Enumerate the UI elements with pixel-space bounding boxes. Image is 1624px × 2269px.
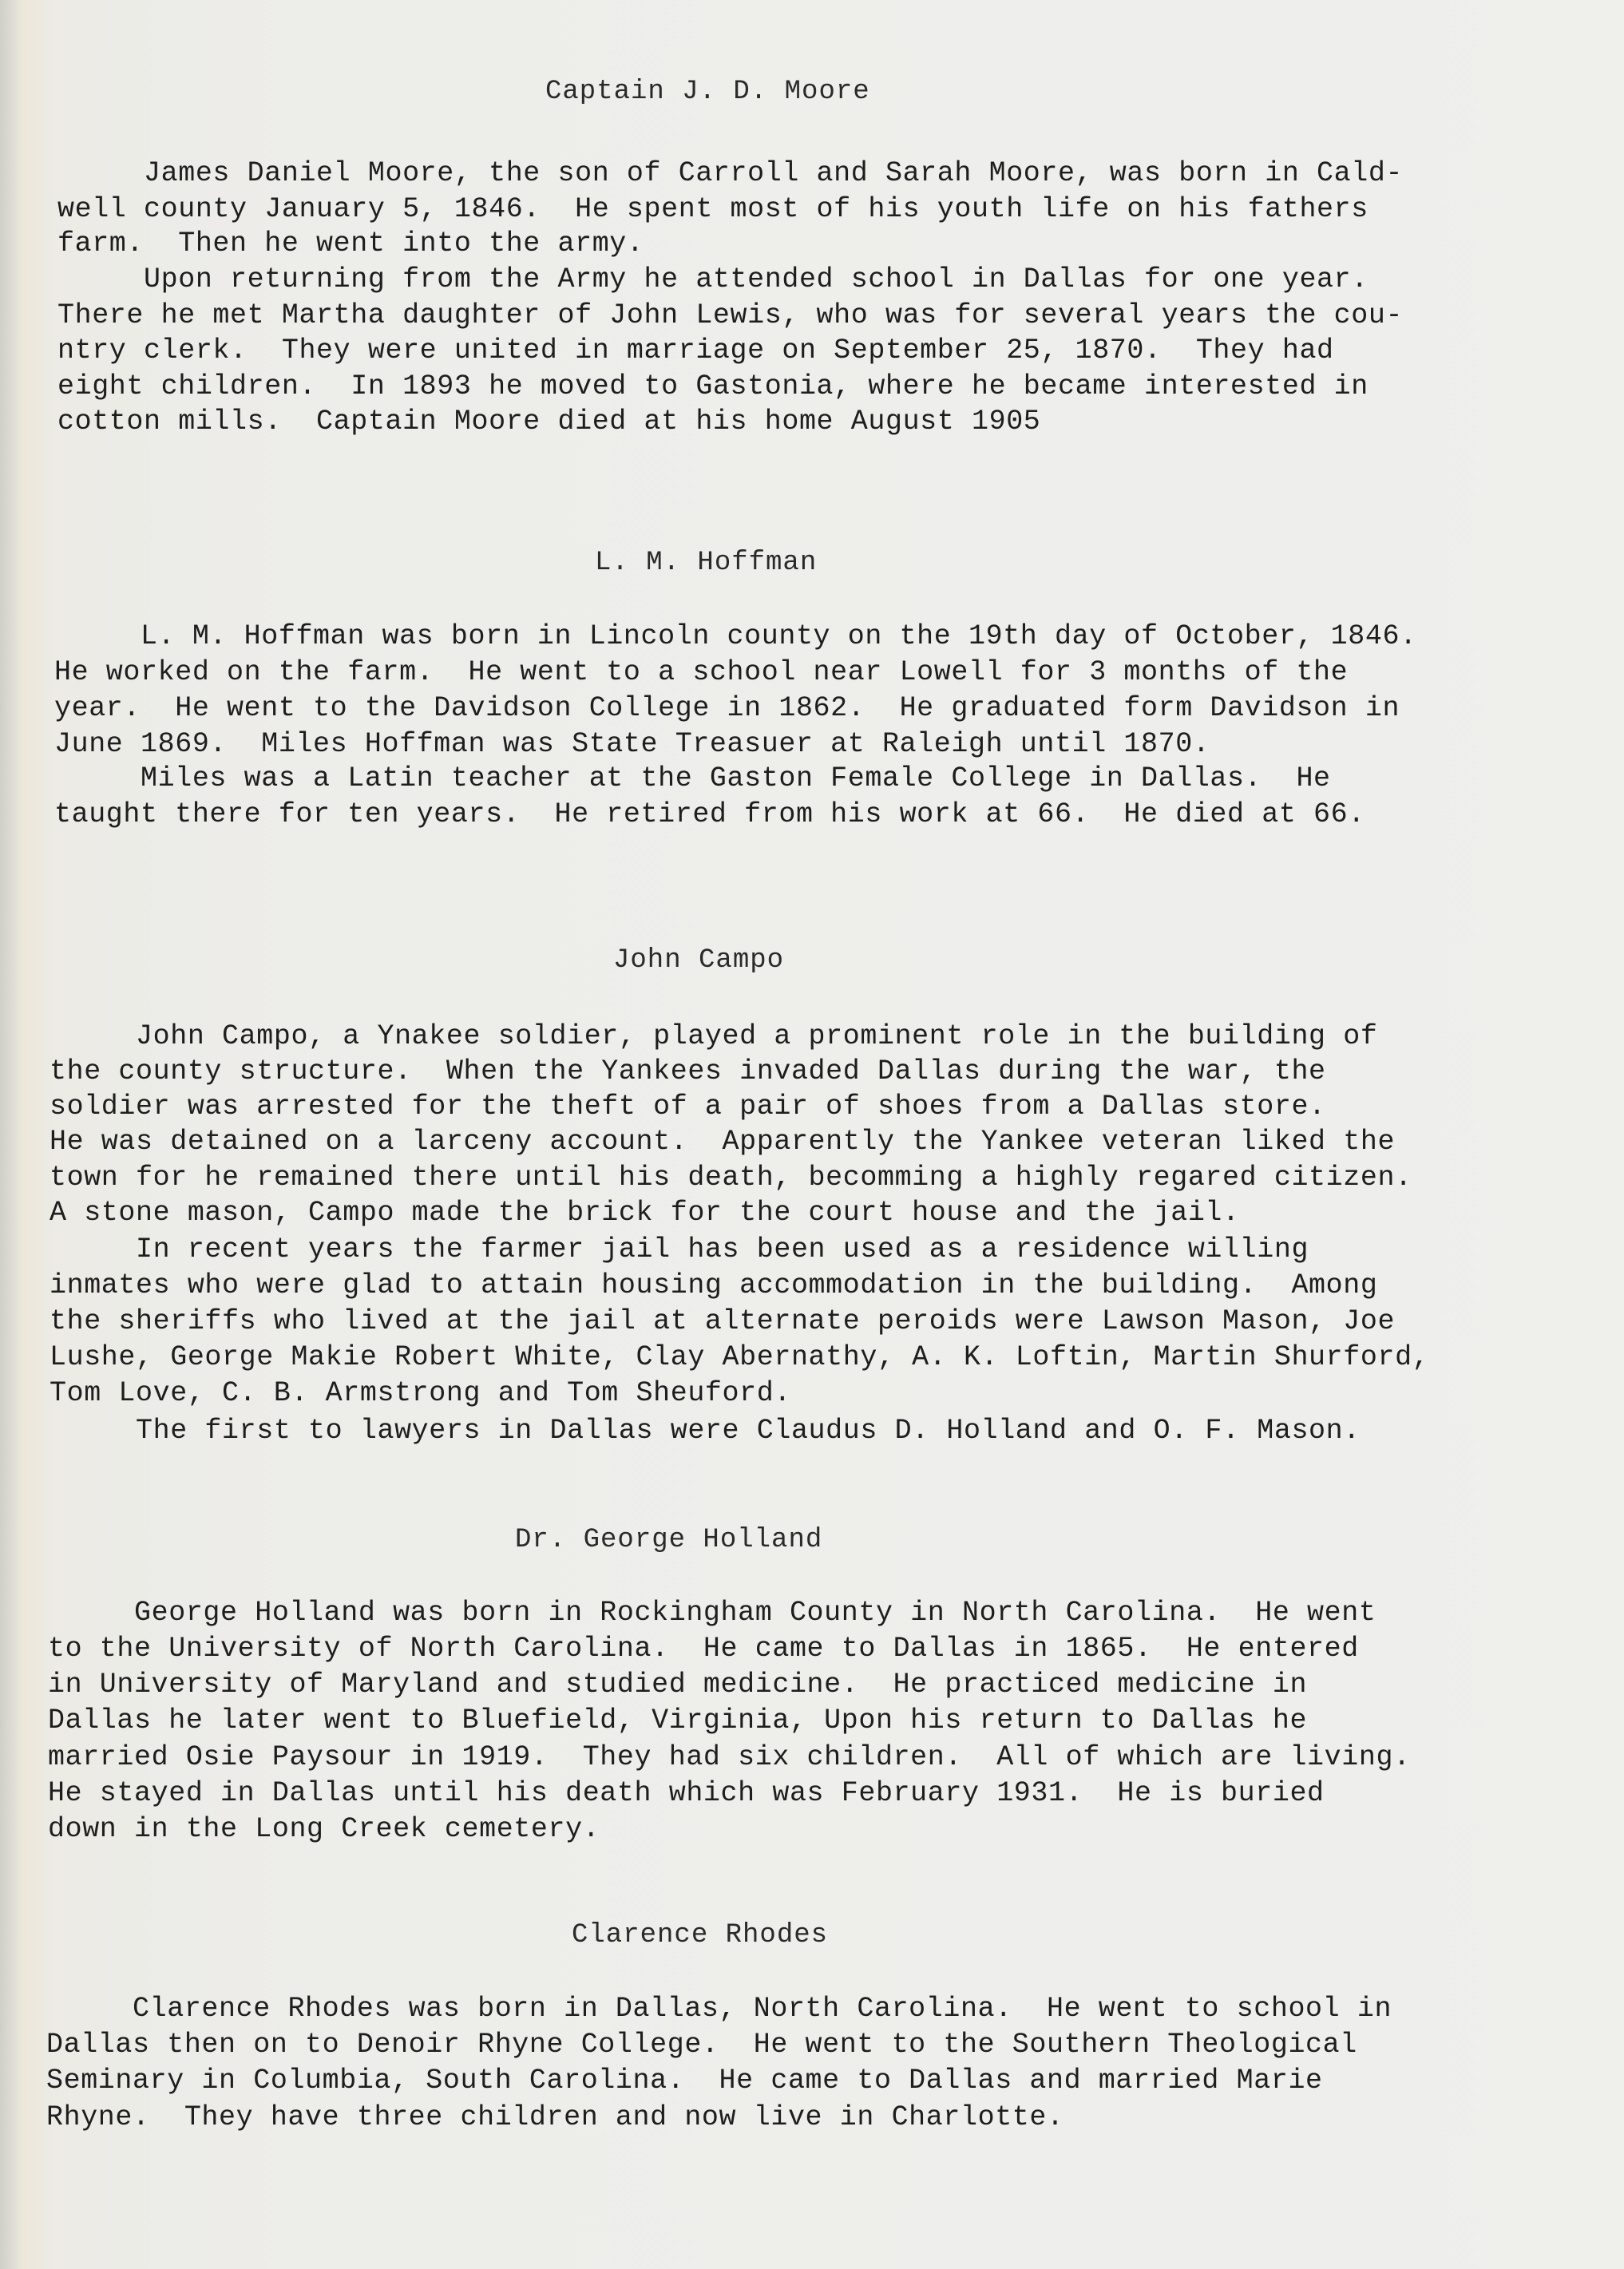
paragraph-line: The first to lawyers in Dallas were Clau… (50, 1415, 1361, 1447)
section-heading: Clarence Rhodes (572, 1920, 828, 1950)
section-heading: Dr. George Holland (515, 1525, 822, 1555)
paragraph-line: married Osie Paysour in 1919. They had s… (48, 1741, 1411, 1773)
paragraph-line: Miles was a Latin teacher at the Gaston … (54, 762, 1331, 794)
paragraph-line: L. M. Hoffman was born in Lincoln county… (54, 620, 1417, 652)
paragraph-line: A stone mason, Campo made the brick for … (50, 1197, 1240, 1229)
section-heading: John Campo (613, 945, 784, 976)
section-heading: Captain J. D. Moore (545, 77, 870, 107)
typewritten-page: Captain J. D. Moore James Daniel Moore, … (0, 0, 1624, 2269)
paragraph-line: down in the Long Creek cemetery. (48, 1813, 600, 1845)
paragraph-line: He was detained on a larceny account. Ap… (50, 1126, 1395, 1158)
paragraph-line: to the University of North Carolina. He … (48, 1633, 1359, 1665)
paragraph-line: soldier was arrested for the theft of a … (50, 1091, 1326, 1123)
paragraph-line: John Campo, a Ynakee soldier, played a p… (50, 1020, 1377, 1052)
paragraph-line: James Daniel Moore, the son of Carroll a… (57, 157, 1403, 189)
paragraph-line: Seminary in Columbia, South Carolina. He… (46, 2065, 1323, 2097)
paragraph-line: year. He went to the Davidson College in… (54, 692, 1400, 724)
paragraph-line: taught there for ten years. He retired f… (54, 798, 1365, 830)
paragraph-line: He worked on the farm. He went to a scho… (54, 656, 1348, 688)
paragraph-line: There he met Martha daughter of John Lew… (57, 299, 1403, 331)
paragraph-line: ntry clerk. They were united in marriage… (57, 335, 1334, 366)
paragraph-line: cotton mills. Captain Moore died at his … (57, 406, 1040, 438)
paragraph-line: Upon returning from the Army he attended… (57, 263, 1369, 295)
paragraph-line: in University of Maryland and studied me… (48, 1669, 1307, 1701)
section-heading: L. M. Hoffman (595, 548, 817, 578)
paragraph-line: town for he remained there until his dea… (50, 1162, 1412, 1194)
paragraph-line: June 1869. Miles Hoffman was State Treas… (54, 728, 1210, 760)
paragraph-line: eight children. In 1893 he moved to Gast… (57, 370, 1369, 402)
paragraph-line: well county January 5, 1846. He spent mo… (57, 193, 1369, 225)
paragraph-line: farm. Then he went into the army. (57, 228, 644, 259)
paragraph-line: inmates who were glad to attain housing … (50, 1269, 1377, 1301)
page-binding-edge (0, 0, 18, 2269)
paragraph-line: Lushe, George Makie Robert White, Clay A… (50, 1341, 1429, 1373)
paragraph-line: He stayed in Dallas until his death whic… (48, 1777, 1325, 1809)
paragraph-line: Dallas he later went to Bluefield, Virgi… (48, 1705, 1307, 1736)
paragraph-line: George Holland was born in Rockingham Co… (48, 1597, 1376, 1629)
paragraph-line: the county structure. When the Yankees i… (50, 1055, 1326, 1087)
paragraph-line: In recent years the farmer jail has been… (50, 1233, 1309, 1265)
paragraph-line: Rhyne. They have three children and now … (46, 2101, 1064, 2133)
paragraph-line: Tom Love, C. B. Armstrong and Tom Sheufo… (50, 1377, 791, 1409)
paragraph-line: the sheriffs who lived at the jail at al… (50, 1305, 1395, 1337)
paragraph-line: Dallas then on to Denoir Rhyne College. … (46, 2029, 1357, 2061)
paragraph-line: Clarence Rhodes was born in Dallas, Nort… (46, 1993, 1392, 2025)
